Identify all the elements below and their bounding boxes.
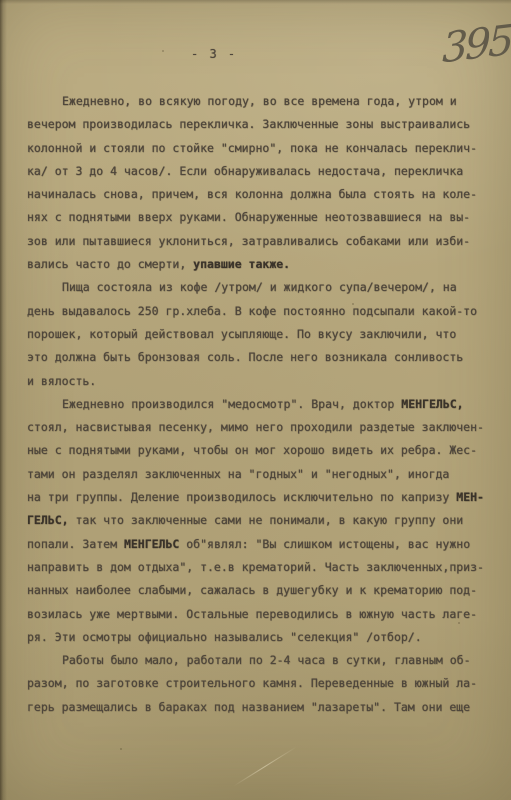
text-line: зов или пытавшиеся уклониться, затравлив… — [27, 230, 503, 253]
text-segment: стоял, насвистывая песенку, мимо него пр… — [27, 420, 484, 434]
emphasized-text: ГЕЛЬС, — [27, 513, 69, 527]
text-line: ря. Эти осмотры официально назывались "с… — [27, 626, 503, 649]
text-line: вечером производилась перекличка. Заключ… — [27, 113, 503, 136]
text-segment: зов или пытавшиеся уклониться, затравлив… — [27, 234, 470, 248]
text-line: направить в дом отдыха", т.е.в крематори… — [27, 556, 503, 579]
handwritten-folio-number: 395 — [442, 16, 511, 73]
text-segment: вались часто до смерти, — [27, 257, 193, 271]
text-line: начиналась снова, причем, вся колонна до… — [27, 183, 503, 206]
text-segment: ря. Эти осмотры официально назывались "с… — [27, 630, 422, 644]
text-segment: герь размещались в бараках под названием… — [27, 700, 470, 714]
emphasized-text: МЕНГЕЛЬС, — [401, 397, 463, 411]
text-segment: ные с поднятыми руками, чтобы он мог хор… — [27, 443, 477, 457]
paper-speckle — [352, 303, 354, 305]
text-segment: разом, по заготовке строительного камня.… — [27, 676, 477, 690]
scan-edge-shadow-top — [0, 0, 511, 4]
text-line: это должна быть бронзовая соль. После не… — [27, 346, 503, 369]
text-segment: возилась уже мертвыми. Остальные перевод… — [27, 607, 477, 621]
paper-speckle — [120, 748, 122, 750]
text-line: колонной и стояли по стойке "смирно", по… — [27, 137, 503, 160]
text-line: на три группы. Деление производилось иск… — [27, 486, 503, 509]
emphasized-text: упавшие также. — [193, 257, 290, 271]
text-line: герь размещались в бараках под названием… — [27, 696, 503, 719]
text-segment: тами он разделял заключенных на "годных"… — [27, 467, 449, 481]
emphasized-text: МЕН- — [456, 490, 484, 504]
text-segment: Работы было мало, работали по 2-4 часа в… — [62, 653, 471, 667]
paper-speckle — [458, 622, 460, 624]
text-line: тами он разделял заключенных на "годных"… — [27, 463, 503, 486]
typewritten-text-body: Ежедневно, во всякую погоду, во все врем… — [27, 90, 503, 719]
paper-scratch — [233, 746, 296, 786]
text-segment: ка/ от 3 до 4 часов/. Если обнаруживалас… — [27, 164, 463, 178]
text-line: день выдавалось 250 гр.хлеба. В кофе пос… — [27, 300, 503, 323]
text-line: Работы было мало, работали по 2-4 часа в… — [27, 649, 503, 672]
text-line: вались часто до смерти, упавшие также. — [27, 253, 503, 276]
text-segment: это должна быть бронзовая соль. После не… — [27, 350, 463, 364]
paper-speckle — [162, 50, 164, 52]
text-line: нях с поднятыми вверх руками. Обнаруженн… — [27, 206, 503, 229]
text-segment: Ежедневно, во всякую погоду, во все врем… — [62, 94, 457, 108]
text-segment: вечером производилась перекличка. Заключ… — [27, 117, 470, 131]
text-line: попали. Затем МЕНГЕЛЬС об"являл: "Вы сли… — [27, 533, 503, 556]
text-segment: направить в дом отдыха", т.е.в крематори… — [27, 560, 484, 574]
scan-edge-shadow-left — [0, 0, 7, 800]
text-line: Ежедневно производился "медосмотр". Врач… — [27, 393, 503, 416]
text-segment: Ежедневно производился "медосмотр". Врач… — [62, 397, 401, 411]
text-segment: Пища состояла из кофе /утром/ и жидкого … — [62, 280, 457, 294]
text-line: нанных наиболее слабыми, сажалась в душе… — [27, 579, 503, 602]
text-line: стоял, насвистывая песенку, мимо него пр… — [27, 416, 503, 439]
text-segment: так что заключенные сами не понимали, в … — [69, 513, 464, 527]
text-line: разом, по заготовке строительного камня.… — [27, 672, 503, 695]
text-line: Ежедневно, во всякую погоду, во все врем… — [27, 90, 503, 113]
text-segment: порошек, который действовал усыпляюще. П… — [27, 327, 456, 341]
text-line: возилась уже мертвыми. Остальные перевод… — [27, 603, 503, 626]
text-segment: об"являл: "Вы слишком истощены, вас нужн… — [179, 537, 470, 551]
text-line: порошек, который действовал усыпляюще. П… — [27, 323, 503, 346]
text-segment: день выдавалось 250 гр.хлеба. В кофе пос… — [27, 304, 477, 318]
text-line: ные с поднятыми руками, чтобы он мог хор… — [27, 439, 503, 462]
text-line: ка/ от 3 до 4 часов/. Если обнаруживалас… — [27, 160, 503, 183]
page-number: - 3 - — [191, 47, 237, 61]
text-line: и вялость. — [27, 370, 503, 393]
text-segment: колонной и стояли по стойке "смирно", по… — [27, 141, 477, 155]
text-segment: начиналась снова, причем, вся колонна до… — [27, 187, 477, 201]
emphasized-text: МЕНГЕЛЬС — [124, 537, 179, 551]
text-segment: попали. Затем — [27, 537, 124, 551]
text-line: Пища состояла из кофе /утром/ и жидкого … — [27, 276, 503, 299]
text-segment: нях с поднятыми вверх руками. Обнаруженн… — [27, 210, 470, 224]
scanned-document-page: - 3 - 395 Ежедневно, во всякую погоду, в… — [0, 0, 511, 800]
text-segment: и вялость. — [27, 374, 96, 388]
text-segment: на три группы. Деление производилось иск… — [27, 490, 456, 504]
text-segment: нанных наиболее слабыми, сажалась в душе… — [27, 583, 477, 597]
text-line: ГЕЛЬС, так что заключенные сами не поним… — [27, 509, 503, 532]
